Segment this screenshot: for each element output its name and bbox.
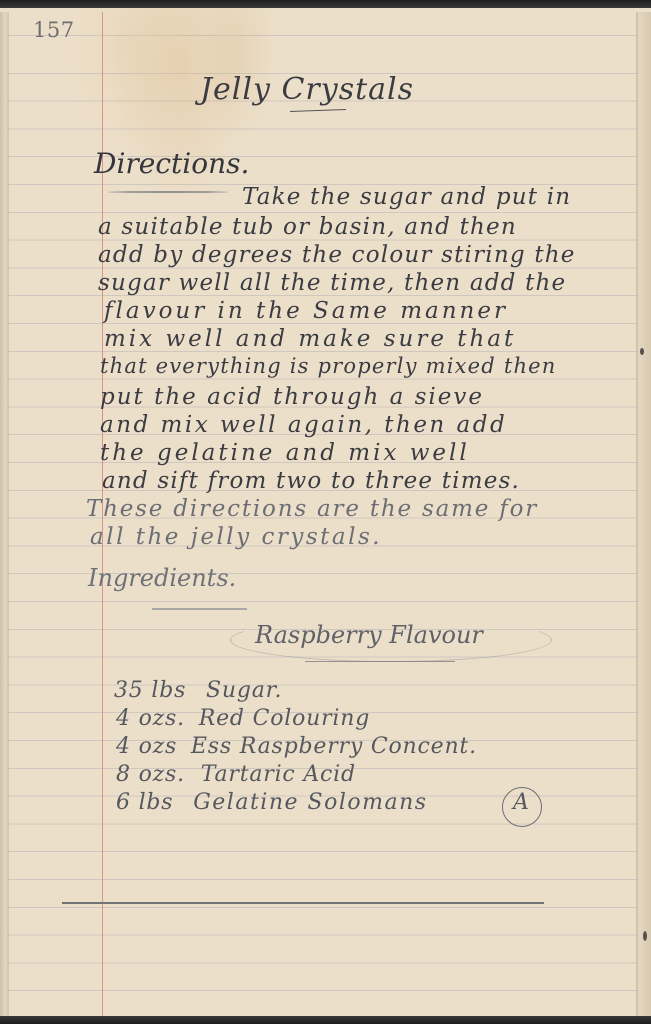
bottom-border bbox=[0, 1016, 651, 1024]
ingredient-name: Tartaric Acid bbox=[201, 762, 356, 787]
ingredient-item: 8 ozs. Tartaric Acid bbox=[116, 762, 356, 787]
flavour-heading: Raspberry Flavour bbox=[255, 621, 483, 649]
directions-line: Take the sugar and put in bbox=[242, 184, 571, 210]
ingredient-item: 4 ozs Ess Raspberry Concent. bbox=[116, 734, 477, 759]
directions-line: that everything is properly mixed then bbox=[100, 354, 557, 378]
ingredient-qty: 6 lbs bbox=[116, 790, 173, 815]
ingredient-name: Sugar. bbox=[206, 678, 282, 703]
ingredient-qty: 4 ozs bbox=[116, 734, 177, 759]
ingredient-item: 35 lbs Sugar. bbox=[114, 678, 282, 703]
directions-line: and mix well again, then add bbox=[100, 412, 507, 438]
page-left-edge-line bbox=[6, 12, 9, 1017]
ingredient-name: Gelatine Solomans bbox=[193, 790, 427, 815]
title-flourish bbox=[290, 109, 346, 113]
directions-line: mix well and make sure that bbox=[104, 326, 516, 352]
directions-line: a suitable tub or basin, and then bbox=[98, 214, 517, 240]
directions-line: put the acid through a sieve bbox=[100, 384, 484, 410]
ink-speck bbox=[643, 931, 647, 941]
directions-line: and sift from two to three times. bbox=[102, 468, 520, 494]
ingredients-heading: Ingredients. bbox=[88, 564, 236, 592]
ingredients-underline bbox=[152, 608, 247, 610]
ingredient-item: 6 lbs Gelatine Solomans bbox=[116, 790, 428, 815]
end-rule bbox=[62, 902, 544, 904]
directions-heading: Directions. bbox=[94, 147, 249, 180]
directions-underline bbox=[108, 191, 228, 193]
ingredient-qty: 4 ozs. bbox=[116, 706, 185, 731]
directions-line: the gelatine and mix well bbox=[100, 440, 470, 466]
directions-line: These directions are the same for bbox=[86, 496, 538, 522]
ledger-page: 157 Jelly Crystals Directions. Take the … bbox=[0, 6, 651, 1017]
page-title: Jelly Crystals bbox=[200, 72, 414, 107]
flavour-underline bbox=[305, 661, 455, 662]
top-border bbox=[0, 0, 651, 8]
page-right-edge bbox=[638, 12, 651, 1017]
page-number: 157 bbox=[33, 18, 75, 42]
ingredient-item: 4 ozs. Red Colouring bbox=[116, 706, 370, 731]
directions-line: sugar well all the time, then add the bbox=[98, 270, 566, 296]
ingredient-name: Ess Raspberry Concent. bbox=[191, 734, 477, 759]
ingredient-qty: 8 ozs. bbox=[116, 762, 185, 787]
directions-line: flavour in the Same manner bbox=[104, 298, 508, 324]
directions-line: add by degrees the colour stiring the bbox=[98, 242, 576, 268]
ingredient-name: Red Colouring bbox=[199, 706, 370, 731]
ingredient-note: A bbox=[513, 790, 530, 815]
ingredient-qty: 35 lbs bbox=[114, 678, 186, 703]
ink-speck bbox=[640, 348, 644, 355]
directions-line: all the jelly crystals. bbox=[90, 524, 382, 550]
